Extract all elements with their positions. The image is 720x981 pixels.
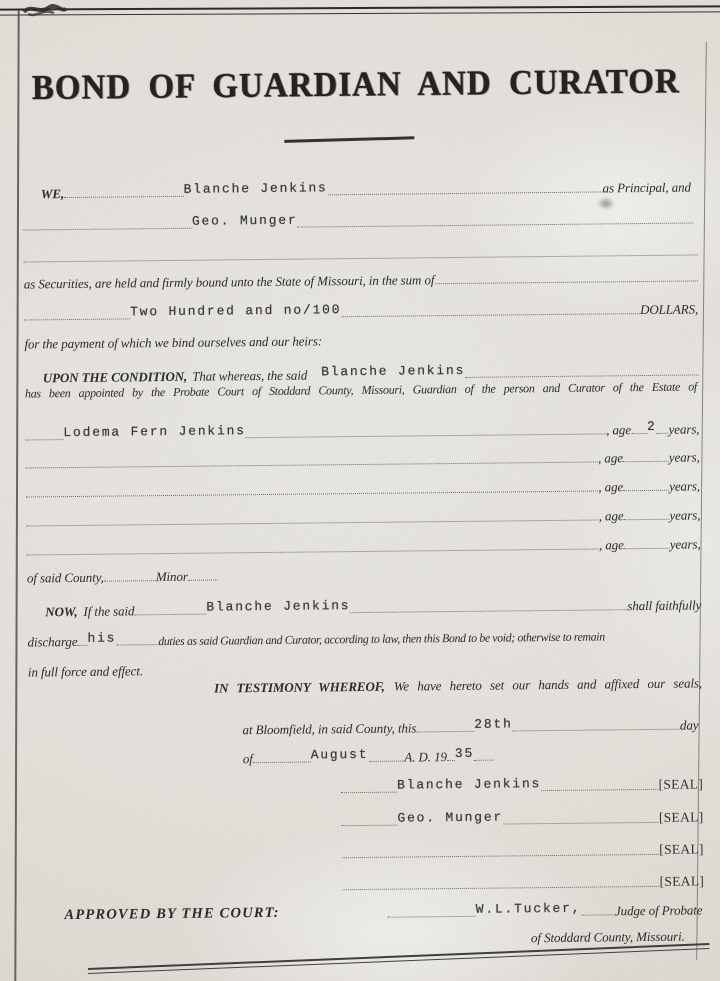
now-line: NOW, If the said Blanche Jenkins shall f… bbox=[45, 584, 701, 619]
dotted-line bbox=[134, 614, 206, 616]
dotted-line bbox=[188, 579, 218, 580]
dotted-line bbox=[631, 433, 647, 434]
dotted-line bbox=[116, 644, 158, 645]
years-label: years, bbox=[668, 422, 699, 437]
signature-name-value: Blanche Jenkins bbox=[397, 777, 541, 792]
signature-line: [SEAL] bbox=[342, 827, 704, 861]
dotted-line bbox=[624, 548, 670, 549]
place-date-line: at Bloomfield, in said County, this 28th… bbox=[242, 704, 698, 737]
dotted-line bbox=[513, 729, 680, 732]
document-header: BOND OF GUARDIAN AND CURATOR bbox=[26, 57, 686, 114]
dotted-line bbox=[657, 433, 669, 434]
dotted-line bbox=[23, 228, 192, 231]
force-clause: in full force and effect. bbox=[28, 664, 143, 680]
payment-clause: for the payment of which we bind ourselv… bbox=[24, 334, 322, 351]
amount-value: Two Hundred and no/100 bbox=[130, 303, 341, 318]
dotted-line bbox=[26, 462, 598, 469]
testimony-lead: IN TESTIMONY WHEREOF, bbox=[214, 679, 385, 696]
seal-label: [SEAL] bbox=[659, 843, 704, 858]
age-label: , age bbox=[599, 509, 624, 524]
dotted-line bbox=[64, 196, 184, 198]
seal-label: [SEAL] bbox=[658, 778, 703, 793]
ward-name-value: Lodema Fern Jenkins bbox=[63, 424, 246, 439]
seal-label: [SEAL] bbox=[659, 811, 704, 826]
dotted-line bbox=[434, 280, 697, 284]
blank-age-line: , age years, bbox=[26, 496, 700, 529]
testimony-text: IN TESTIMONY WHEREOF, We have hereto set… bbox=[214, 674, 702, 697]
judge-location-label: of Stoddard County, Missouri. bbox=[531, 929, 685, 945]
judge-title-label: Judge of Probate bbox=[615, 903, 703, 918]
years-label: years, bbox=[669, 450, 700, 465]
ad-label: A. D. 19 bbox=[404, 750, 447, 765]
document-body: BOND OF GUARDIAN AND CURATOR WE, Blanche… bbox=[0, 0, 720, 981]
condition-clause: That whereas, the said bbox=[192, 368, 307, 384]
blank-age-line: , age years, bbox=[26, 525, 700, 558]
age-label: , age bbox=[598, 480, 623, 495]
years-label: years, bbox=[670, 537, 701, 552]
age-label: , age bbox=[599, 538, 624, 553]
dotted-line bbox=[624, 519, 670, 520]
dotted-line bbox=[25, 439, 63, 440]
as-principal-label: as Principal, and bbox=[603, 180, 691, 195]
dotted-line bbox=[388, 916, 476, 918]
dotted-line bbox=[341, 313, 640, 317]
dotted-line bbox=[24, 318, 130, 320]
discharge-line: discharge his duties as said Guardian an… bbox=[27, 616, 703, 649]
years-label: years, bbox=[669, 508, 700, 523]
years-label: years, bbox=[669, 479, 700, 494]
age-label: , age bbox=[598, 451, 623, 466]
place-clause: at Bloomfield, in said County, this bbox=[242, 721, 416, 737]
ward-line: Lodema Fern Jenkins , age 2 years, bbox=[25, 408, 699, 443]
judge-location-line: of Stoddard County, Missouri. bbox=[425, 918, 685, 947]
of-label: of bbox=[243, 752, 253, 766]
dotted-line bbox=[474, 760, 494, 761]
securities-clause: as Securities, are held and firmly bound… bbox=[24, 273, 435, 292]
signature-line: Blanche Jenkins [SEAL] bbox=[341, 762, 703, 796]
dotted-line bbox=[253, 762, 311, 764]
principal-name-value: Blanche Jenkins bbox=[184, 181, 328, 196]
month-year-line: of August A. D. 19 35 bbox=[243, 735, 555, 766]
dotted-line bbox=[104, 580, 156, 582]
now-clause: If the said bbox=[83, 604, 134, 619]
dotted-line bbox=[341, 792, 397, 794]
surety-name-value: Geo. Munger bbox=[192, 214, 298, 228]
dotted-line bbox=[246, 433, 606, 438]
dotted-line bbox=[350, 609, 627, 613]
ward-age-value: 2 bbox=[647, 420, 657, 433]
dotted-line bbox=[623, 490, 669, 491]
condition-lead: UPON THE CONDITION, bbox=[43, 370, 188, 386]
faithfully-label: shall faithfully bbox=[627, 598, 701, 613]
signature-name-value: Geo. Munger bbox=[397, 811, 503, 825]
testimony-clause: We have hereto set our hands and affixed… bbox=[394, 675, 702, 693]
dotted-line bbox=[368, 761, 404, 762]
dotted-line bbox=[503, 822, 659, 825]
scanned-bond-document: BOND OF GUARDIAN AND CURATOR WE, Blanche… bbox=[0, 0, 720, 981]
duties-clause: duties as said Guardian and Curator, acc… bbox=[158, 630, 605, 648]
spacer bbox=[280, 921, 388, 922]
county-designation-value: Minor bbox=[156, 570, 188, 585]
dotted-line bbox=[26, 520, 598, 527]
county-line: of said County, Minor bbox=[27, 557, 307, 586]
dotted-line bbox=[342, 825, 398, 827]
now-lead: NOW, bbox=[45, 605, 77, 620]
payment-line: for the payment of which we bind ourselv… bbox=[24, 322, 322, 351]
testimony-line: IN TESTIMONY WHEREOF, We have hereto set… bbox=[214, 674, 702, 705]
dotted-line bbox=[541, 789, 658, 791]
we-label: WE, bbox=[41, 187, 64, 202]
title-rule bbox=[284, 136, 414, 143]
blank-age-line: , age years, bbox=[26, 438, 700, 471]
judge-name-value: W.L.Tucker, bbox=[476, 902, 582, 916]
month-value: August bbox=[311, 748, 369, 762]
amount-line: Two Hundred and no/100 DOLLARS, bbox=[24, 288, 698, 323]
year-value: 35 bbox=[455, 747, 474, 760]
blank-age-line: , age years, bbox=[26, 467, 700, 500]
principal-line: WE, Blanche Jenkins as Principal, and bbox=[41, 169, 691, 202]
condition-name-value: Blanche Jenkins bbox=[321, 364, 465, 379]
dotted-line bbox=[328, 191, 603, 195]
dotted-line bbox=[416, 731, 474, 733]
dotted-line bbox=[26, 491, 598, 498]
dollars-label: DOLLARS, bbox=[640, 302, 698, 317]
age-label: , age bbox=[606, 423, 631, 438]
dotted-line bbox=[465, 374, 699, 377]
pronoun-value: his bbox=[87, 632, 116, 645]
day-value: 28th bbox=[474, 717, 513, 730]
document-title: BOND OF GUARDIAN AND CURATOR bbox=[32, 62, 680, 108]
day-label: day bbox=[680, 718, 699, 732]
now-name-value: Blanche Jenkins bbox=[206, 599, 350, 614]
dotted-line bbox=[298, 222, 694, 227]
dotted-line bbox=[77, 645, 87, 646]
dotted-line bbox=[342, 854, 659, 858]
dotted-line bbox=[447, 760, 455, 761]
force-line: in full force and effect. bbox=[28, 652, 143, 679]
surety-line: Geo. Munger bbox=[23, 200, 693, 233]
approved-label: APPROVED BY THE COURT: bbox=[64, 906, 279, 924]
discharge-label: discharge bbox=[28, 635, 78, 650]
dotted-line bbox=[623, 461, 669, 462]
county-label: of said County, bbox=[27, 570, 104, 585]
dotted-line bbox=[27, 549, 599, 556]
dotted-line bbox=[581, 914, 615, 915]
signature-line: Geo. Munger [SEAL] bbox=[341, 795, 703, 829]
